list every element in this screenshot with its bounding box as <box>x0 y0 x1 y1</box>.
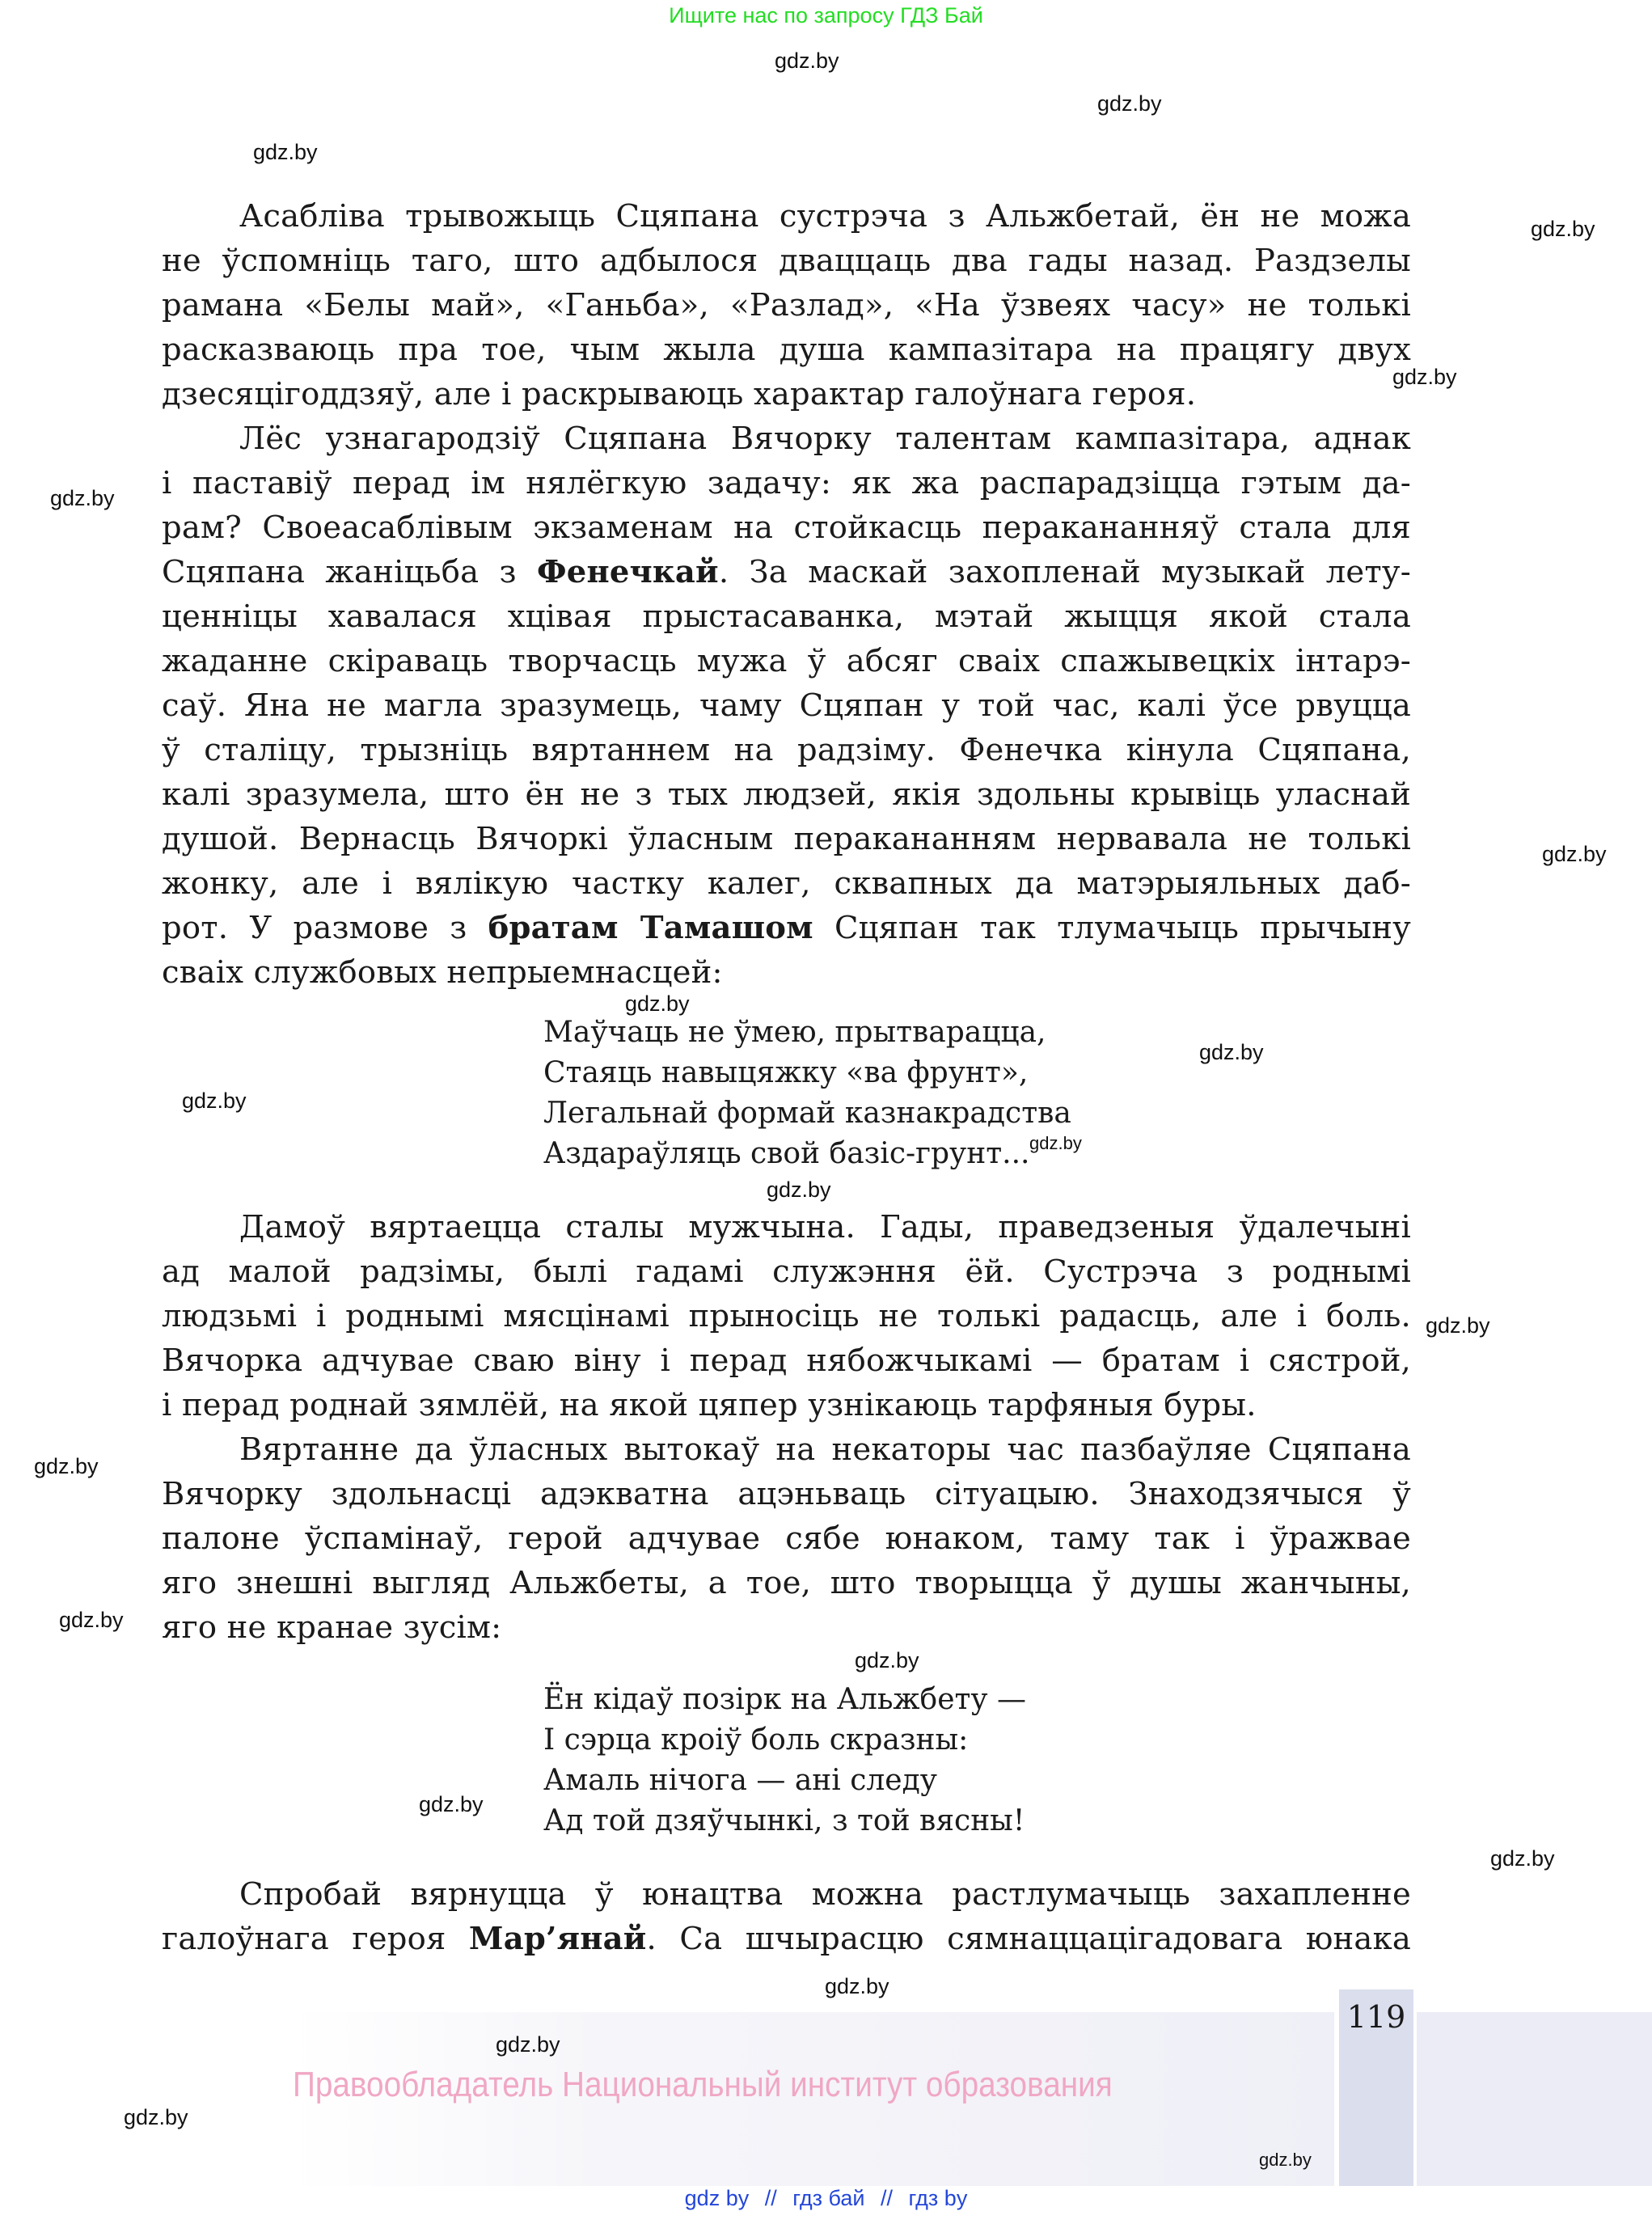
paragraph-1-line: не ўспомніць таго, што адбылося дваццаць… <box>162 239 1411 283</box>
watermark: gdz.by <box>775 50 839 72</box>
watermark: gdz.by <box>50 488 115 509</box>
watermark: gdz.by <box>59 1609 124 1631</box>
paragraph-2-line: рот. У размове з братам Тамашом Сцяпан т… <box>162 906 1411 950</box>
paragraph-3-line: Вячорка адчувае сваю віну і перад нябожч… <box>162 1338 1411 1383</box>
verse-1-line: Легальнай формай казнакрадства <box>543 1093 1071 1134</box>
paragraph-2-line: ценніцы хавалася хцівая прыстасаванка, м… <box>162 594 1411 639</box>
character-name-maryana: Мар’янай <box>469 1921 647 1957</box>
watermark: gdz.by <box>1029 1135 1082 1152</box>
watermark: gdz.by <box>1259 2151 1312 2169</box>
paragraph-1-line: дзесяцігоддзяў, але і раскрываюць характ… <box>162 372 1411 416</box>
paragraph-5-line: Спробай вярнуцца ў юнацтва можна растлум… <box>239 1872 1411 1917</box>
paragraph-2-line: саў. Яна не магла зразумець, чаму Сцяпан… <box>162 683 1411 728</box>
verse-2-line: Ад той дзяўчынкі, з той вясны! <box>543 1801 1025 1841</box>
watermark: gdz.by <box>825 1976 889 1998</box>
text-run: Сцяпан так тлумачыць прычыну <box>813 910 1411 946</box>
paragraph-3-line: і перад роднай зямлёй, на якой цяпер узн… <box>162 1383 1411 1427</box>
paragraph-2-line: калі зразумела, што ён не з тых людзей, … <box>162 772 1411 817</box>
search-hint-banner: Ищите нас по запросу ГДЗ Бай <box>0 3 1652 28</box>
text-run: галоўнага героя <box>162 1921 469 1957</box>
paragraph-2-line: жонку, але і вялікую частку калег, сквап… <box>162 861 1411 906</box>
paragraph-4-line: Вячорку здольнасці адэкватна ацэньваць с… <box>162 1472 1411 1516</box>
text-run: Сцяпана жаніцьба з <box>162 554 537 590</box>
watermark: gdz.by <box>124 2107 188 2129</box>
character-name-tamash: братам Тамашом <box>488 910 813 946</box>
text-run: . Са шчырасцю сямнаццацігадовага юнака <box>647 1921 1411 1957</box>
link-gdz-by[interactable]: gdz by <box>685 2186 750 2210</box>
verse-1-line: Аздараўляць свой базіс-грунт... <box>543 1134 1029 1174</box>
footer-band-right <box>1417 2012 1652 2186</box>
character-name-fenechka: Фенечкай <box>537 554 719 590</box>
site-links: gdz by // гдз бай // гдз by <box>0 2186 1652 2211</box>
watermark: gdz.by <box>625 993 690 1015</box>
page-number: 119 <box>1339 1999 1413 2035</box>
paragraph-2-line: душой. Вернасць Вячоркі ўласным перакана… <box>162 817 1411 861</box>
watermark: gdz.by <box>496 2034 560 2056</box>
paragraph-5-line: галоўнага героя Мар’янай. Са шчырасцю ся… <box>162 1917 1411 1961</box>
watermark: gdz.by <box>1199 1042 1264 1063</box>
watermark: gdz.by <box>855 1650 919 1672</box>
watermark: gdz.by <box>253 142 318 163</box>
paragraph-3-line: людзьмі і роднымі мясцінамі прыносіць не… <box>162 1294 1411 1338</box>
watermark: gdz.by <box>419 1794 484 1816</box>
watermark: gdz.by <box>1097 93 1162 115</box>
verse-2-line: Ён кідаў позірк на Альжбету — <box>543 1680 1026 1720</box>
paragraph-2-line: ў сталіцу, трызніць вяртаннем на радзіму… <box>162 728 1411 772</box>
paragraph-2-line: і паставіў перад ім нялёгкую задачу: як … <box>162 461 1411 505</box>
watermark: gdz.by <box>34 1456 99 1478</box>
link-separator: // <box>881 2186 893 2210</box>
paragraph-4-line: Вяртанне да ўласных вытокаў на некаторы … <box>239 1427 1411 1472</box>
paragraph-4-line: яго знешні выгляд Альжбеты, а тое, што т… <box>162 1561 1411 1605</box>
watermark: gdz.by <box>1490 1848 1555 1870</box>
watermark: gdz.by <box>1542 844 1607 865</box>
verse-2-line: Амаль нічога — ані следу <box>543 1761 937 1801</box>
paragraph-2-line: сваіх службовых непрыемнасцей: <box>162 950 1411 995</box>
paragraph-2-line: рам? Своеасаблівым экзаменам на стойкасц… <box>162 505 1411 550</box>
paragraph-1-line: расказваюць пра тое, чым жыла душа кампа… <box>162 328 1411 372</box>
paragraph-3-line: ад малой радзімы, былі гадамі служэння ё… <box>162 1249 1411 1294</box>
link-gdz-by-cyr[interactable]: гдз by <box>909 2186 968 2210</box>
verse-1-line: Стаяць навыцяжку «ва фрунт», <box>543 1053 1028 1093</box>
paragraph-2-line: Сцяпана жаніцьба з Фенечкай. За маскай з… <box>162 550 1411 594</box>
link-gdz-bai[interactable]: гдз бай <box>792 2186 864 2210</box>
watermark: gdz.by <box>767 1179 831 1201</box>
copyright-notice: Правообладатель Национальный институт об… <box>293 2065 1113 2105</box>
paragraph-3-line: Дамоў вяртаецца сталы мужчына. Гады, пра… <box>239 1205 1411 1249</box>
text-run: . За маскай захопленай музыкай лету- <box>719 554 1411 590</box>
paragraph-4-line: палоне ўспамінаў, герой адчувае сябе юна… <box>162 1516 1411 1561</box>
verse-1-line: Маўчаць не ўмею, прытварацца, <box>543 1013 1046 1053</box>
paragraph-4-line: яго не кранае зусім: <box>162 1605 1411 1650</box>
paragraph-2-line: Лёс узнагародзіў Сцяпана Вячорку талента… <box>239 416 1411 461</box>
paragraph-1-line: рамана «Белы май», «Ганьба», «Разлад», «… <box>162 283 1411 328</box>
watermark: gdz.by <box>1426 1315 1490 1337</box>
watermark: gdz.by <box>182 1090 247 1112</box>
watermark: gdz.by <box>1531 218 1595 240</box>
paragraph-2-line: жаданне скіраваць творчасць мужа ў абсяг… <box>162 639 1411 683</box>
link-separator: // <box>765 2186 777 2210</box>
paragraph-1-line: Асабліва трывожыць Сцяпана сустрэча з Ал… <box>239 194 1411 239</box>
watermark: gdz.by <box>1392 366 1457 388</box>
text-run: рот. У размове з <box>162 910 488 946</box>
verse-2-line: І сэрца кроіў боль скразны: <box>543 1720 968 1761</box>
